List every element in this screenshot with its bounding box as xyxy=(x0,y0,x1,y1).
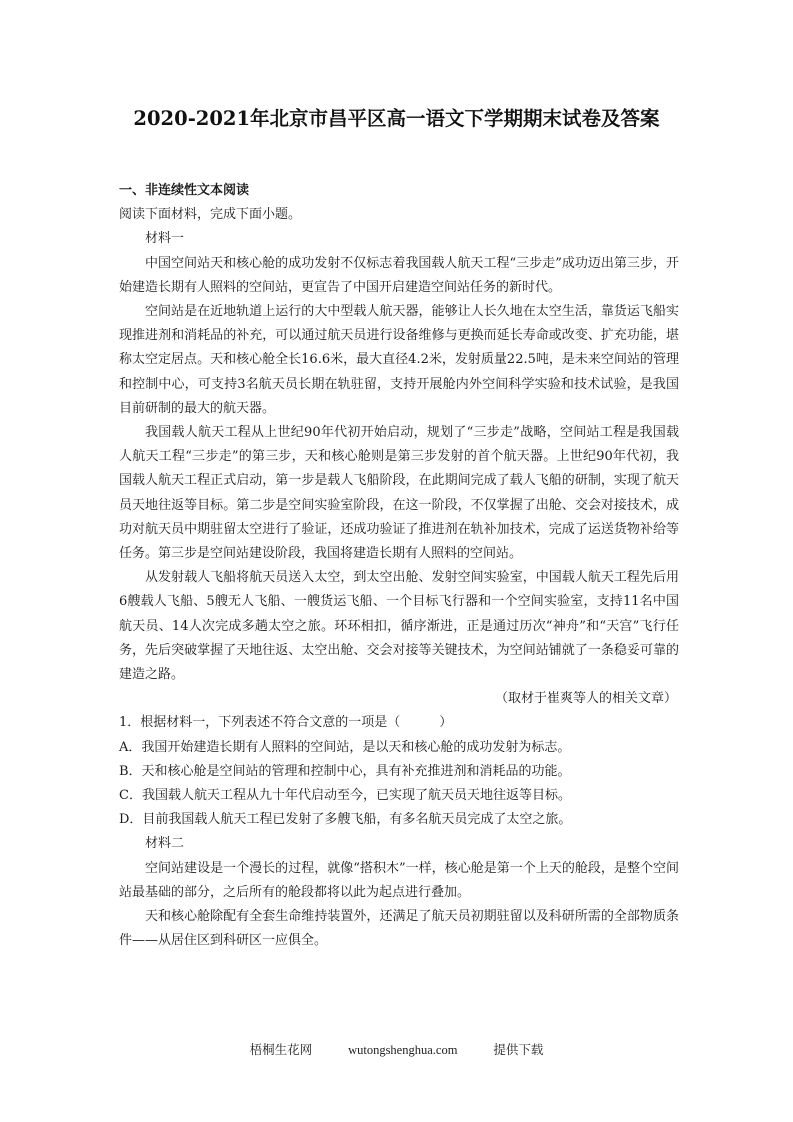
section-heading: 一、非连续性文本阅读 xyxy=(119,179,679,203)
footer-site-url: wutongshenghua.com xyxy=(348,1043,457,1057)
document-body: 一、非连续性文本阅读 阅读下面材料，完成下面小题。 材料一 中国空间站天和核心舱… xyxy=(119,179,679,953)
material-1-paragraph: 我国载人航天工程从上世纪90年代初开始启动，规划了“三步走”战略，空间站工程是我… xyxy=(119,421,679,566)
document-title: 2020-2021年北京市昌平区高一语文下学期期末试卷及答案 xyxy=(0,103,793,131)
material-1-paragraph: 空间站是在近地轨道上运行的大中型载人航天器，能够让人长久地在太空生活，靠货运飞船… xyxy=(119,300,679,421)
material-2-paragraph: 天和核心舱除配有全套生命维持装置外，还满足了航天员初期驻留以及科研所需的全部物质… xyxy=(119,905,679,953)
material-1-paragraph: 从发射载人飞船将航天员送入太空，到太空出舱、发射空间实验室，中国载人航天工程先后… xyxy=(119,566,679,687)
question-1-option-d: D．目前我国载人航天工程已发射了多艘飞船，有多名航天员完成了太空之旅。 xyxy=(119,808,679,832)
material-1-source: （取材于崔爽等人的相关文章） xyxy=(119,687,679,711)
question-1-option-c: C．我国载人航天工程从九十年代启动至今，已实现了航天员天地往返等目标。 xyxy=(119,784,679,808)
material-1-label: 材料一 xyxy=(119,227,679,251)
material-1-paragraph: 中国空间站天和核心舱的成功发射不仅标志着我国载人航天工程“三步走”成功迈出第三步… xyxy=(119,252,679,300)
question-1-stem: 1．根据材料一，下列表述不符合文意的一项是（ ） xyxy=(119,711,679,735)
footer-note: 提供下载 xyxy=(493,1042,543,1057)
material-2-paragraph: 空间站建设是一个漫长的过程，就像“搭积木”一样，核心舱是第一个上天的舱段，是整个… xyxy=(119,857,679,905)
page-footer: 梧桐生花网 wutongshenghua.com 提供下载 xyxy=(0,1040,793,1058)
footer-site-name: 梧桐生花网 xyxy=(250,1042,313,1057)
instruction-text: 阅读下面材料，完成下面小题。 xyxy=(119,203,679,227)
question-1-option-a: A．我国开始建造长期有人照料的空间站，是以天和核心舱的成功发射为标志。 xyxy=(119,736,679,760)
document-page: 2020-2021年北京市昌平区高一语文下学期期末试卷及答案 一、非连续性文本阅… xyxy=(0,0,793,1122)
material-2-label: 材料二 xyxy=(119,832,679,856)
question-1-option-b: B．天和核心舱是空间站的管理和控制中心，具有补充推进剂和消耗品的功能。 xyxy=(119,760,679,784)
